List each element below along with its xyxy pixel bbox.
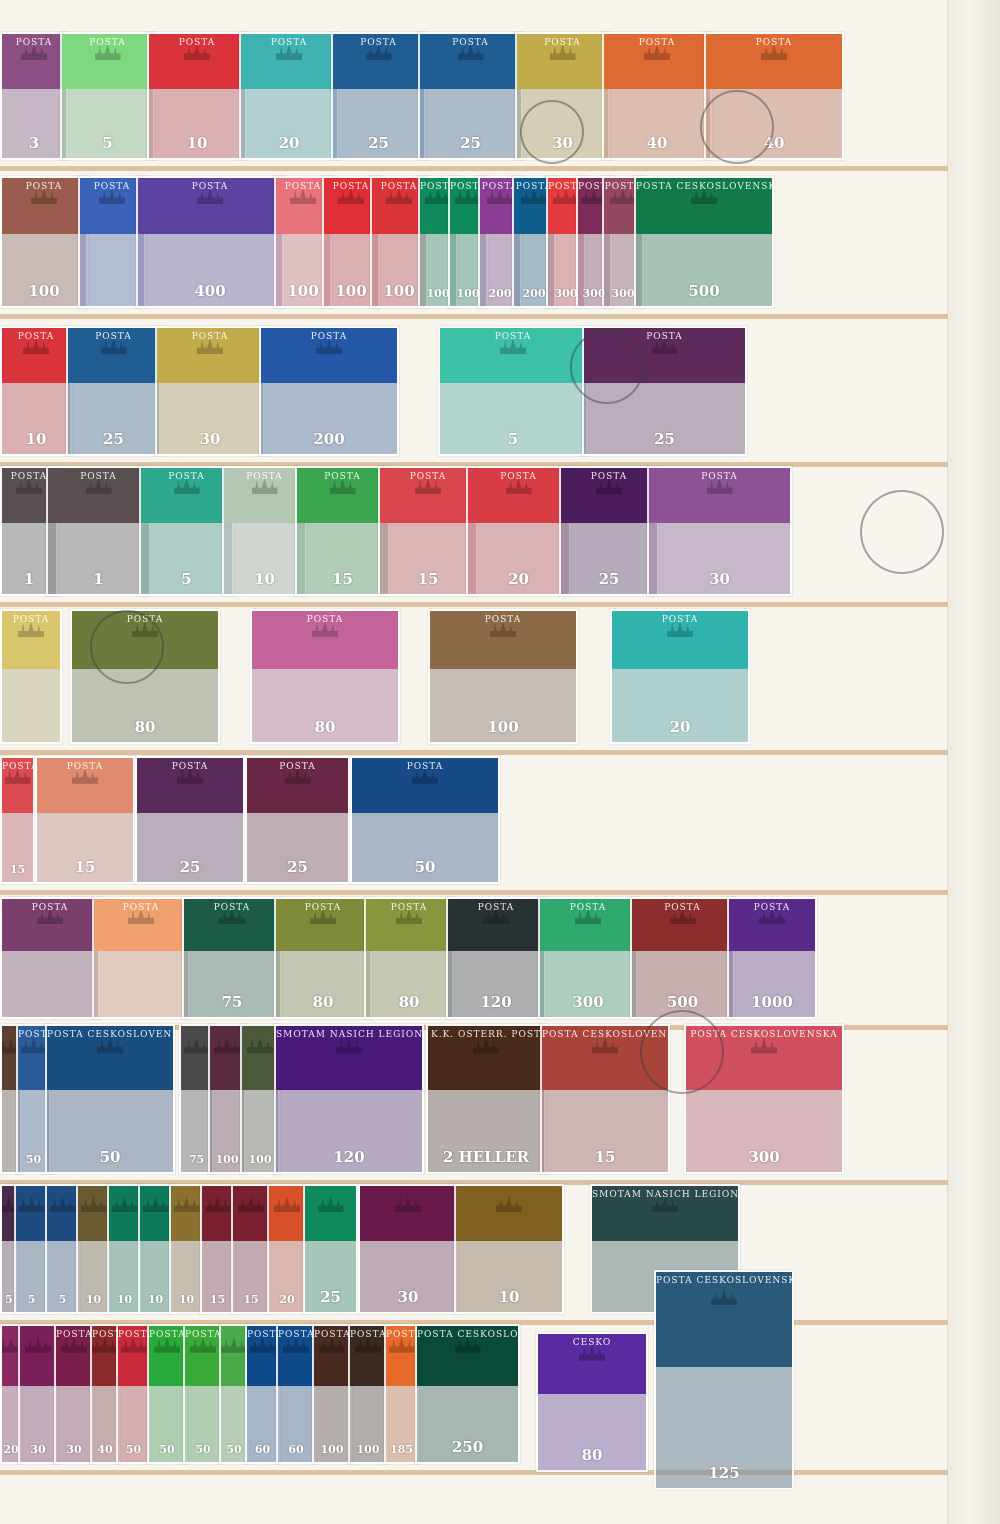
stamp-denomination: 100 [242, 1153, 278, 1166]
stamp-design: POSTA [2, 34, 66, 89]
castle-motif-icon [247, 1038, 273, 1054]
stamp-inscription: POSTA ČS [386, 1330, 417, 1340]
stamp-denomination: 15 [37, 858, 133, 876]
stamp[interactable]: POSTA80 [364, 897, 454, 1019]
stamp[interactable]: 5 [14, 1184, 49, 1314]
stamp[interactable]: POSTA15 [295, 466, 390, 596]
stamp-design [269, 1186, 305, 1241]
castle-motif-icon [274, 1196, 300, 1212]
stamp-inscription: POSTA ČS [350, 1330, 386, 1340]
stamp[interactable]: POSTA300 [538, 897, 638, 1019]
stamp[interactable]: POSTA75 [182, 897, 282, 1019]
stamp-denomination: 25 [68, 430, 159, 448]
stamp-inscription: POSTA ČESKOSLOVENSKÁ 1919 [542, 1030, 668, 1040]
castle-motif-icon [221, 1337, 247, 1353]
stamp-design [171, 1186, 202, 1241]
stamp-denomination: 20 [468, 570, 569, 588]
stamp-inscription: POSTA [141, 472, 232, 482]
castle-motif-icon [25, 1337, 51, 1353]
stamp[interactable]: 10 [76, 1184, 111, 1314]
stamp-inscription: POSTA [261, 332, 397, 342]
stamp-inscription: POSTA [224, 472, 305, 482]
stamp-design: POSTA ČS [278, 1326, 314, 1386]
stamp-design: POSTA [448, 899, 544, 951]
stamp-denomination: 100 [314, 1443, 350, 1456]
stamp[interactable]: SMOTAM NAŠICH LEGIONÁŘŮ120 [274, 1024, 424, 1174]
stamp[interactable]: POSTA ČESKOSLOVENSKÁ125 [654, 1270, 794, 1490]
stamp-denomination: 25 [247, 858, 348, 876]
stamp-design: POSTA ČESKOSLOVENSKÁ [686, 1026, 842, 1090]
stamp-inscription: POSTA [649, 472, 790, 482]
stamp-denomination: 10 [78, 1293, 109, 1306]
stamp[interactable]: POSTA400 [136, 176, 284, 308]
stamp-inscription: POSTA [440, 332, 586, 342]
stamp-denomination: 5 [440, 430, 586, 448]
stamp-inscription: POSTA [420, 38, 521, 48]
stamp[interactable]: POSTA20 [610, 609, 750, 744]
stamp-denomination: 15 [297, 570, 388, 588]
stamp-inscription: POSTA ČESKOSLOVENSKÁ [636, 182, 772, 192]
stamp[interactable]: POSTA80 [274, 897, 372, 1019]
stamp[interactable]: POSTA50 [350, 756, 500, 884]
stamp[interactable]: POSTA25 [66, 326, 161, 456]
stamp[interactable]: POSTA15 [35, 756, 135, 884]
stamp-inscription: POSTA [247, 762, 348, 772]
stamp-design: POSTA [2, 611, 60, 669]
stamp-design [16, 1186, 47, 1241]
stamp-design: POSTA [632, 899, 733, 951]
stamp-denomination: 25 [333, 134, 424, 152]
stamp[interactable]: POSTA ČS100 [348, 1324, 388, 1464]
stamp[interactable]: POSTA30 [155, 326, 265, 456]
stamp-design [242, 1026, 278, 1090]
stamp-denomination: 120 [276, 1148, 422, 1166]
stamp-inscription: POSTA [584, 332, 745, 342]
stamp-inscription: POSTA [366, 903, 452, 913]
stamp-denomination: 75 [184, 993, 280, 1011]
stamp-denomination: 125 [656, 1464, 792, 1482]
stamp-design: POSTA [184, 899, 280, 951]
stamp[interactable]: POSTA30 [647, 466, 792, 596]
stamp-denomination: 10 [171, 1293, 202, 1306]
stamp-design: POSTA [247, 758, 348, 813]
stamp-inscription: POSTA [297, 472, 388, 482]
stamp-design: POSTA [2, 758, 33, 813]
stamp[interactable]: 15 [231, 1184, 271, 1314]
stamp[interactable]: POSTA25 [331, 32, 426, 160]
stamp[interactable]: POSTA80 [70, 609, 220, 744]
stamp[interactable]: 10 [169, 1184, 204, 1314]
stamp-design: POSTA [540, 899, 636, 951]
stamp-design: POSTA [517, 34, 608, 89]
stamp[interactable]: ČESKO80 [536, 1332, 648, 1472]
stamp-denomination: 5 [141, 570, 232, 588]
stamp-design: POSTA ČS [118, 1326, 149, 1386]
stamp-inscription: POSTA ČS [118, 1330, 149, 1340]
stamp-inscription: POSTA [37, 762, 133, 772]
stamp[interactable]: POSTA120 [446, 897, 546, 1019]
stamp-denomination: 185 [386, 1443, 417, 1456]
stamp-design: POSTA [224, 468, 305, 523]
stamp-design [360, 1186, 456, 1241]
stamp-inscription: POSTA [729, 903, 815, 913]
stamp-design: POSTA ČESKOSLOVENSKÁ 1919 [542, 1026, 668, 1090]
stamp[interactable]: POSTA100 [428, 609, 578, 744]
stamp-design: POSTA ČESKOSLOVENSKÁ [656, 1272, 792, 1367]
castle-motif-icon [19, 1196, 45, 1212]
stamp-inscription: POSTA [632, 903, 733, 913]
stamp-design: POSTA [440, 328, 586, 383]
stamp-inscription: POSTA ČESKOSLOVENSKÁ [656, 1276, 792, 1286]
stamp[interactable]: POSTA ČESKOSLOVENSKÁ500 [634, 176, 774, 308]
stamp-denomination: 10 [140, 1293, 171, 1306]
stamp-denomination: 25 [420, 134, 521, 152]
stamp-inscription: POSTA ČS [56, 1330, 92, 1340]
stamp[interactable]: 30 [18, 1324, 58, 1464]
stamp-inscription: POSTA [352, 762, 498, 772]
stamp-inscription: K.K. ÖSTERR. POST [428, 1030, 544, 1040]
stamp-design: POSTA [68, 328, 159, 383]
stamp-denomination: 80 [276, 993, 370, 1011]
stamp-denomination: 25 [561, 570, 657, 588]
stamp-denomination: 15 [233, 1293, 269, 1306]
stamp-design [109, 1186, 140, 1241]
stamp-design: SMOTAM NAŠICH LEGIONÁŘŮ [276, 1026, 422, 1090]
stamp-inscription: POSTA [2, 182, 86, 192]
stamp-design: POSTA [137, 758, 243, 813]
stamp-denomination: 80 [366, 993, 452, 1011]
stamp[interactable]: POSTA80 [250, 609, 400, 744]
stamp-denomination: 120 [448, 993, 544, 1011]
stamp-denomination: 500 [636, 282, 772, 300]
stamp[interactable]: POSTA5 [60, 32, 155, 160]
stamp-denomination: 15 [542, 1148, 668, 1166]
castle-motif-icon [112, 1196, 138, 1212]
stamp-design: POSTA [252, 611, 398, 669]
stamp-inscription: POSTA ČS [247, 1330, 278, 1340]
stamp-denomination: 15 [380, 570, 476, 588]
stamp-design: POSTA [2, 178, 86, 234]
stamp[interactable]: 5 [45, 1184, 80, 1314]
stamp[interactable]: POSTA25 [245, 756, 350, 884]
stamp[interactable]: POSTA ČS50 [183, 1324, 223, 1464]
stamp-inscription: POSTA [2, 762, 33, 772]
strip-edge [0, 1470, 948, 1475]
stamp-design: POSTA [241, 34, 337, 89]
stamp-inscription: POSTA [276, 903, 370, 913]
stamp-denomination: 30 [649, 570, 790, 588]
stamp[interactable]: POSTA25 [418, 32, 523, 160]
stamp-design: POSTA [649, 468, 790, 523]
stamp-denomination: 200 [261, 430, 397, 448]
stamp[interactable]: 10 [138, 1184, 173, 1314]
castle-motif-icon [711, 1289, 737, 1305]
stamp-inscription: POSTA ČESKOSLOVENSKÁ [686, 1030, 842, 1040]
stamp-denomination: 10 [109, 1293, 140, 1306]
stamp-denomination: 50 [47, 1148, 173, 1166]
stamp-design [221, 1326, 247, 1386]
stamp-design: POSTA [297, 468, 388, 523]
stamp[interactable]: POSTA25 [135, 756, 245, 884]
stamp-design: POSTA [380, 468, 476, 523]
stamp-denomination: 5 [62, 134, 153, 152]
stamp-design: POSTA ČESKOSLOVENSKÁ [636, 178, 772, 234]
stamp-inscription: POSTA [2, 332, 70, 342]
stamp[interactable]: POSTA15 [378, 466, 478, 596]
stamp[interactable]: POSTA200 [259, 326, 399, 456]
stamp[interactable]: POSTA25 [582, 326, 747, 456]
stamp[interactable]: 20 [267, 1184, 307, 1314]
stamp[interactable]: POSTA15 [0, 756, 35, 884]
stamp-design: POSTA ČS [314, 1326, 350, 1386]
stamp[interactable]: K.K. ÖSTERR. POST2 HELLER [426, 1024, 546, 1174]
stamp-design: SMOTAM NAŠICH LEGIONÁŘŮ [592, 1186, 738, 1241]
stamp-inscription: POSTA [448, 903, 544, 913]
stamp-inscription: POSTA ČS [149, 1330, 185, 1340]
stamp-design: K.K. ÖSTERR. POST [428, 1026, 544, 1090]
stamp-denomination: 40 [706, 134, 842, 152]
stamp-design: POSTA [333, 34, 424, 89]
stamp-inscription: POSTA [604, 38, 710, 48]
stamp[interactable]: POSTA1000 [727, 897, 817, 1019]
stamp-denomination: 20 [269, 1293, 305, 1306]
stamp-inscription: POSTA [80, 182, 144, 192]
stamp-denomination: 10 [149, 134, 245, 152]
stamp-denomination: 40 [604, 134, 710, 152]
stamp-inscription: POSTA ČS [278, 1330, 314, 1340]
stamp-denomination: 60 [278, 1443, 314, 1456]
stamp-inscription: POSTA [157, 332, 263, 342]
castle-motif-icon [174, 1196, 200, 1212]
castle-motif-icon [395, 1196, 421, 1212]
stamp-denomination: 2 HELLER [428, 1148, 544, 1166]
stamp[interactable]: POSTA30 [515, 32, 610, 160]
stamp-denomination: 300 [540, 993, 636, 1011]
stamp[interactable]: POSTA ČS185 [384, 1324, 419, 1464]
stamp-denomination: 3 [2, 134, 66, 152]
stamp-rows: POSTA3POSTA5POSTA10POSTA20POSTA25POSTA25… [0, 0, 1000, 797]
stamp-design [47, 1186, 78, 1241]
stamp[interactable]: POSTA ČESKOSLOVENSKÁ50 [45, 1024, 175, 1174]
stamp-design: POSTA ČESKOSLOVENSKÁ [417, 1326, 518, 1386]
stamp-inscription: POSTA [137, 762, 243, 772]
stamp-inscription: POSTA [380, 472, 476, 482]
stamp-denomination: 100 [210, 1153, 244, 1166]
stamp-design: POSTA [138, 178, 282, 234]
stamp-design: ČESKO [538, 1334, 646, 1394]
stamp-design: POSTA [612, 611, 748, 669]
stamp-inscription: POSTA [72, 615, 218, 625]
stamp-denomination: 1000 [729, 993, 815, 1011]
stamp-design: POSTA ČS [92, 1326, 118, 1386]
castle-motif-icon [496, 1196, 522, 1212]
stamp-denomination: 50 [185, 1443, 221, 1456]
stamp-design [78, 1186, 109, 1241]
stamp[interactable]: POSTA ČESKOSLOVENSKÁ300 [684, 1024, 844, 1174]
stamp-denomination: 50 [149, 1443, 185, 1456]
stamp-inscription: POSTA [540, 903, 636, 913]
stamp[interactable]: 10 [107, 1184, 142, 1314]
stamp[interactable]: POSTA20 [239, 32, 339, 160]
stamp-denomination: 500 [632, 993, 733, 1011]
castle-motif-icon [214, 1038, 240, 1054]
stamp[interactable]: POSTA ČESKOSLOVENSKÁ 191915 [540, 1024, 670, 1174]
stamp-inscription: POSTA [2, 38, 66, 48]
stamp-denomination: 300 [686, 1148, 842, 1166]
stamp-design: POSTA ČS [56, 1326, 92, 1386]
stamp[interactable]: POSTA500 [630, 897, 735, 1019]
stamp-inscription: ČESKO [538, 1338, 646, 1348]
stamp-inscription: POSTA [561, 472, 657, 482]
stamp[interactable]: POSTA100 [0, 176, 88, 308]
stamp-design: POSTA [72, 611, 218, 669]
stamp-design: POSTA [352, 758, 498, 813]
stamp-denomination: 50 [352, 858, 498, 876]
stamp[interactable]: POSTA ČS60 [276, 1324, 316, 1464]
stamp-design: POSTA [276, 899, 370, 951]
stamp[interactable]: POSTA25 [559, 466, 659, 596]
stamp-design: POSTA [48, 468, 149, 523]
castle-motif-icon [81, 1196, 107, 1212]
stamp-denomination: 80 [72, 718, 218, 736]
stamp-denomination: 25 [584, 430, 745, 448]
castle-motif-icon [50, 1196, 76, 1212]
stamp[interactable]: POSTA40 [704, 32, 844, 160]
stamp-design: POSTA [149, 34, 245, 89]
stamp-design [233, 1186, 269, 1241]
stamp[interactable]: 10 [454, 1184, 564, 1314]
castle-motif-icon [205, 1196, 231, 1212]
stamp[interactable]: POSTA5 [139, 466, 234, 596]
stamp-denomination: 100 [350, 1443, 386, 1456]
stamp-design: POSTA ČESKOSLOVENSKÁ [47, 1026, 173, 1090]
stamp-inscription: SMOTAM NAŠICH LEGIONÁŘŮ [276, 1030, 422, 1040]
stamp[interactable]: POSTA ČS60 [245, 1324, 280, 1464]
stamp-denomination: 30 [56, 1443, 92, 1456]
stamp-design [210, 1026, 244, 1090]
stamp[interactable]: POSTA [92, 897, 190, 1019]
stamp-inscription: POSTA ČESKOSLOVENSKÁ [417, 1330, 518, 1340]
stamp-design: POSTA [729, 899, 815, 951]
stamp-inscription: POSTA [94, 903, 188, 913]
stamp-denomination: 30 [517, 134, 608, 152]
stamp[interactable]: POSTA1 [46, 466, 151, 596]
stamp-denomination: 25 [305, 1288, 356, 1306]
stamp[interactable]: POSTA [0, 897, 100, 1019]
castle-motif-icon [143, 1196, 169, 1212]
album-spine [947, 0, 1000, 1524]
stamp-denomination: 50 [221, 1443, 247, 1456]
stamp-denomination: 20 [241, 134, 337, 152]
stamp-denomination: 30 [20, 1443, 56, 1456]
stamp-design: POSTA [37, 758, 133, 813]
stamp-design: POSTA [430, 611, 576, 669]
stamp-design [202, 1186, 233, 1241]
castle-motif-icon [318, 1196, 344, 1212]
stamp-denomination: 10 [456, 1288, 562, 1306]
stamp-design: POSTA [468, 468, 569, 523]
stamp-denomination: 100 [430, 718, 576, 736]
stamp[interactable]: 25 [303, 1184, 358, 1314]
stamp-denomination: 10 [224, 570, 305, 588]
stamp-inscription: POSTA ČS [185, 1330, 221, 1340]
stamp-design: POSTA [94, 899, 188, 951]
stamp[interactable]: POSTA40 [602, 32, 712, 160]
album-page: POSTA3POSTA5POSTA10POSTA20POSTA25POSTA25… [0, 0, 1000, 1524]
stamp-design: POSTA [261, 328, 397, 383]
stamp-under-glassine [2, 951, 98, 1017]
stamp-denomination: 80 [538, 1446, 646, 1464]
stamp-inscription: POSTA [149, 38, 245, 48]
stamp[interactable]: POSTA3 [0, 32, 68, 160]
stamp-inscription: POSTA ČESKOSLOVENSKÁ [47, 1030, 173, 1040]
stamp[interactable]: POSTA5 [438, 326, 588, 456]
stamp-design: POSTA [706, 34, 842, 89]
stamp-design: POSTA [366, 899, 452, 951]
stamp-denomination: 400 [138, 282, 282, 300]
stamp[interactable]: POSTA ČS100 [312, 1324, 352, 1464]
stamp-inscription: POSTA [138, 182, 282, 192]
stamp[interactable]: 15 [200, 1184, 235, 1314]
stamp-design [20, 1326, 56, 1386]
stamp-inscription: SMOTAM NAŠICH LEGIONÁŘŮ [592, 1190, 738, 1200]
stamp-design: POSTA [561, 468, 657, 523]
stamp-inscription: POSTA [241, 38, 337, 48]
stamp[interactable]: POSTA10 [0, 326, 72, 456]
stamp-design: POSTA [584, 328, 745, 383]
stamp-denomination: 10 [2, 430, 70, 448]
stamp[interactable]: 30 [358, 1184, 458, 1314]
stamp-inscription: POSTA [68, 332, 159, 342]
stamp[interactable]: POSTA ČS30 [54, 1324, 94, 1464]
stamp-denomination: 100 [2, 282, 86, 300]
stamp-under-glassine [80, 234, 144, 306]
stamp-design: POSTA [62, 34, 153, 89]
stamp-design: POSTA ČS [185, 1326, 221, 1386]
stamp-inscription: POSTA [430, 615, 576, 625]
stamp[interactable]: POSTA10 [147, 32, 247, 160]
stamp-design: POSTA ČS [386, 1326, 417, 1386]
stamp-design: POSTA [420, 34, 521, 89]
stamp-inscription: POSTA [48, 472, 149, 482]
stamp-denomination: 20 [612, 718, 748, 736]
stamp-denomination: 1 [48, 570, 149, 588]
stamp-denomination: 60 [247, 1443, 278, 1456]
stamp-denomination: 30 [157, 430, 263, 448]
stamp-inscription: POSTA [612, 615, 748, 625]
stamp-design: POSTA [157, 328, 263, 383]
stamp-denomination: 5 [47, 1293, 78, 1306]
stamp[interactable]: POSTA ČS50 [147, 1324, 187, 1464]
stamp-inscription: POSTA ČS [92, 1330, 118, 1340]
stamp-inscription: POSTA [62, 38, 153, 48]
stamp[interactable]: POSTA20 [466, 466, 571, 596]
stamp-design [456, 1186, 562, 1241]
stamp-inscription: POSTA [184, 903, 280, 913]
stamp[interactable]: POSTA ČESKOSLOVENSKÁ250 [415, 1324, 520, 1464]
stamp-denomination: 15 [202, 1293, 233, 1306]
stamp-under-glassine [2, 669, 60, 742]
castle-motif-icon [184, 1038, 210, 1054]
stamp[interactable]: POSTA ČS50 [116, 1324, 151, 1464]
stamp-denomination: 30 [360, 1288, 456, 1306]
stamp-inscription: POSTA [706, 38, 842, 48]
stamp-denomination: 5 [16, 1293, 47, 1306]
stamp-design: POSTA [141, 468, 232, 523]
stamp-inscription: POSTA [2, 903, 98, 913]
stamp-design: POSTA [80, 178, 144, 234]
stamp[interactable]: POSTA [0, 609, 62, 744]
